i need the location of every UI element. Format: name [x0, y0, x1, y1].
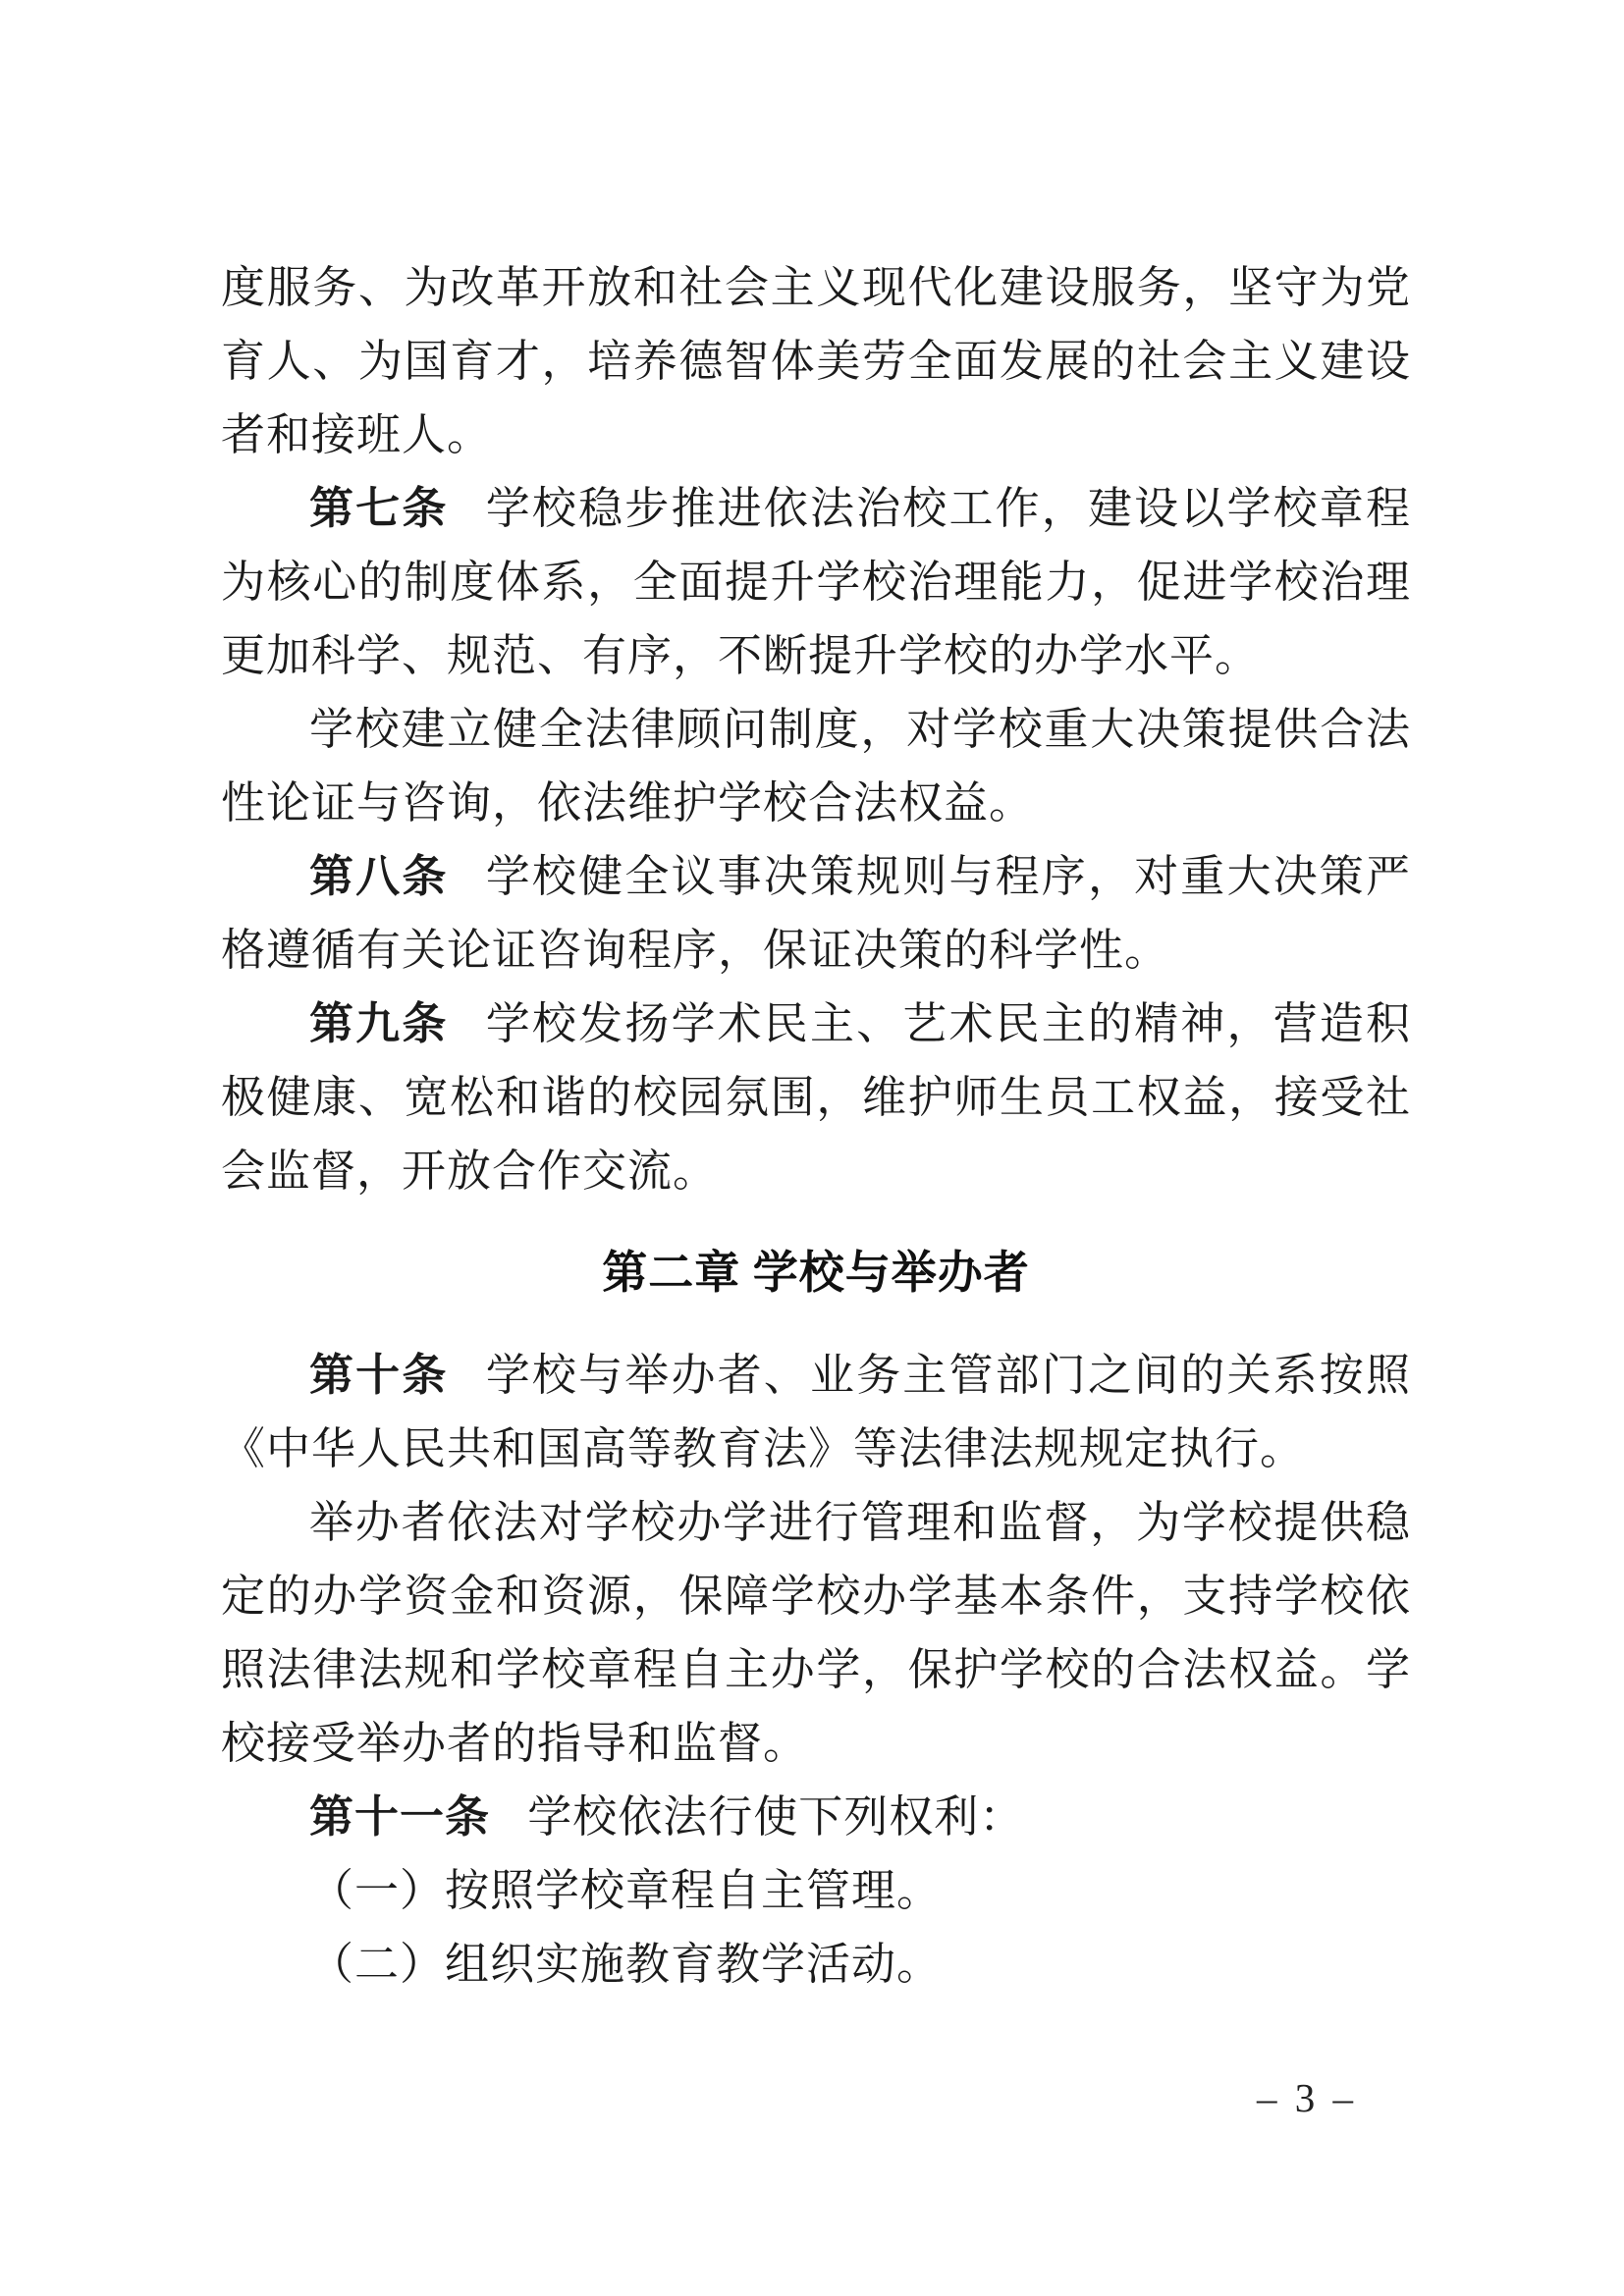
article-number-label: 第七条 [309, 484, 449, 533]
article-number-label: 第九条 [309, 999, 449, 1048]
article-paragraph: 第十条学校与举办者、业务主管部门之间的关系按照《中华人民共和国高等教育法》等法律… [221, 1339, 1411, 1486]
paragraph: 举办者依法对学校办学进行管理和监督，为学校提供稳定的办学资金和资源，保障学校办学… [221, 1486, 1411, 1781]
article-number-label: 第十条 [309, 1351, 449, 1400]
article-paragraph: 第十一条学校依法行使下列权利： [221, 1781, 1411, 1854]
page-number: – 3 – [1257, 2073, 1357, 2122]
article-paragraph: 第七条学校稳步推进依法治校工作，建设以学校章程为核心的制度体系，全面提升学校治理… [221, 472, 1411, 693]
article-paragraph: 第八条学校健全议事决策规则与程序，对重大决策严格遵循有关论证咨询程序，保证决策的… [221, 840, 1411, 988]
paragraph-continuation: 度服务、为改革开放和社会主义现代化建设服务，坚守为党育人、为国育才，培养德智体美… [221, 251, 1411, 472]
document-page: 度服务、为改革开放和社会主义现代化建设服务，坚守为党育人、为国育才，培养德智体美… [0, 0, 1624, 2296]
paragraph: 学校建立健全法律顾问制度，对学校重大决策提供合法性论证与咨询，依法维护学校合法权… [221, 693, 1411, 840]
list-item: （一）按照学校章程自主管理。 [221, 1854, 1411, 1928]
article-number-label: 第十一条 [309, 1792, 490, 1842]
article-number-label: 第八条 [309, 852, 449, 901]
text-block: 度服务、为改革开放和社会主义现代化建设服务，坚守为党育人、为国育才，培养德智体美… [221, 251, 1411, 2002]
article-paragraph: 第九条学校发扬学术民主、艺术民主的精神，营造积极健康、宽松和谐的校园氛围，维护师… [221, 988, 1411, 1208]
article-text: 学校依法行使下列权利： [527, 1792, 1024, 1842]
list-item: （二）组织实施教育教学活动。 [221, 1928, 1411, 2002]
chapter-heading: 第二章 学校与举办者 [221, 1236, 1411, 1309]
